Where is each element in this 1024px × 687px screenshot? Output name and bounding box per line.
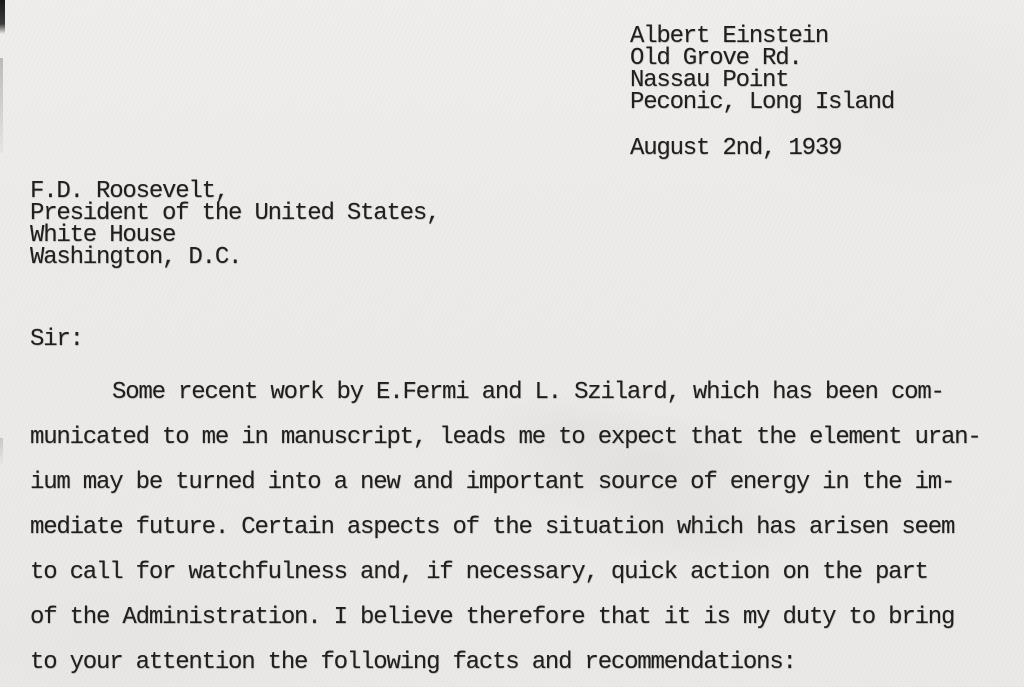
body-line: mediate future. Certain aspects of the s… [30, 505, 981, 550]
body-line: municated to me in manuscript, leads me … [30, 415, 981, 460]
recipient-address-block: F.D. Roosevelt, President of the United … [30, 181, 439, 269]
scan-corner-mark [0, 0, 5, 34]
recipient-city: Washington, D.C. [30, 247, 439, 269]
date-line: August 2nd, 1939 [630, 138, 841, 160]
body-line: to your attention the following facts an… [30, 640, 981, 685]
sender-region: Peconic, Long Island [630, 92, 894, 114]
body-line: Some recent work by E.Fermi and L. Szila… [30, 370, 981, 415]
scan-edge-speck [0, 438, 3, 464]
body-line: to call for watchfulness and, if necessa… [30, 550, 981, 595]
scan-edge-smudge [0, 58, 3, 153]
body-line: of the Administration. I believe therefo… [30, 595, 981, 640]
letter-page: Albert Einstein Old Grove Rd. Nassau Poi… [0, 0, 1024, 687]
sender-address-block: Albert Einstein Old Grove Rd. Nassau Poi… [630, 26, 894, 114]
salutation: Sir: [30, 329, 83, 351]
letter-body: Some recent work by E.Fermi and L. Szila… [30, 370, 981, 685]
body-line: ium may be turned into a new and importa… [30, 460, 981, 505]
